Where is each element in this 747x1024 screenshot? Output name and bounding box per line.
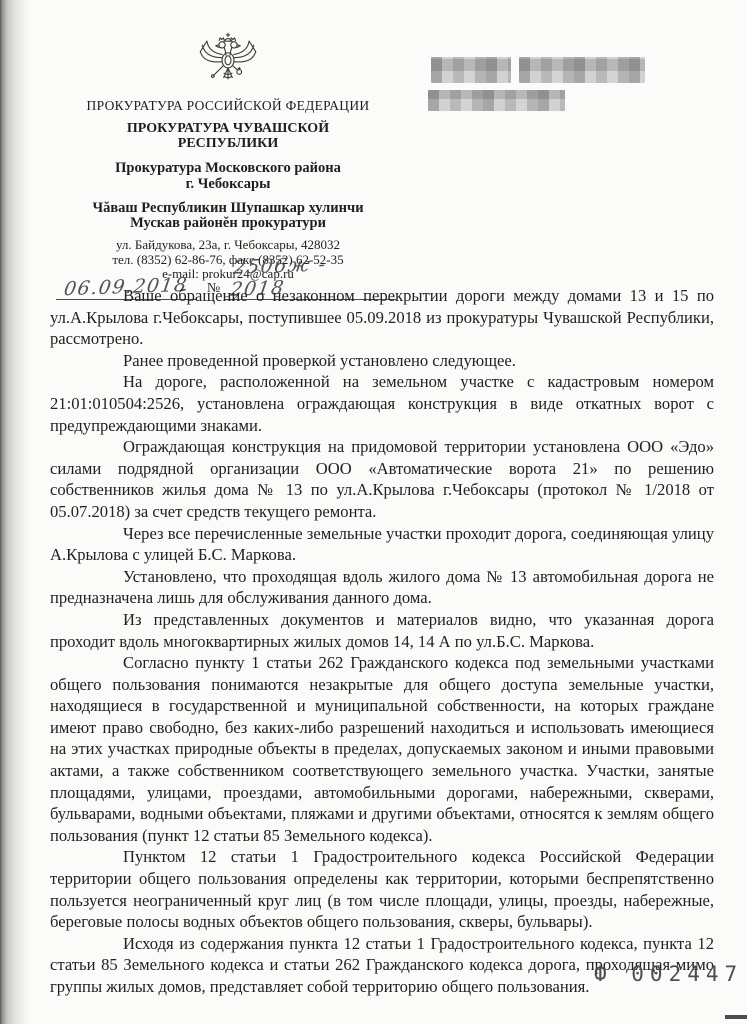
org-address: ул. Байдукова, 23а, г. Чебоксары, 428032 (38, 238, 418, 253)
form-number-stamp: Ф 002447 (594, 962, 743, 986)
scan-edge-shadow (0, 0, 30, 1024)
body-paragraph: Ограждающая конструкция на придомовой те… (50, 436, 714, 522)
org-federation-line: ПРОКУРАТУРА РОССИЙСКОЙ ФЕДЕРАЦИИ (38, 98, 418, 114)
letterhead: ПРОКУРАТУРА РОССИЙСКОЙ ФЕДЕРАЦИИ ПРОКУРА… (38, 30, 418, 282)
body-paragraph: Ранее проведенной проверкой установлено … (50, 350, 714, 372)
coat-of-arms-icon (195, 30, 261, 92)
redacted-recipient-block (519, 57, 645, 83)
org-chuvash-lines: Чăваш Республикин Шупашкар хулинчи Муска… (38, 201, 418, 231)
redacted-recipient-block (428, 90, 565, 111)
org-chuvash-line2: Мускав районĕн прокуратури (130, 215, 326, 231)
body-paragraph: Установлено, что проходящая вдоль жилого… (50, 566, 714, 609)
org-district-lines: Прокуратура Московского района г. Чебокс… (38, 160, 418, 192)
org-republic-line2: РЕСПУБЛИКИ (178, 136, 278, 151)
org-district-line1: Прокуратура Московского района (115, 160, 341, 176)
body-paragraph: Через все перечисленные земельные участк… (50, 523, 714, 566)
body-paragraph: Согласно пункту 1 статьи 262 Гражданског… (50, 652, 714, 846)
letter-body: Ваше обращение о незаконном перекрытии д… (50, 285, 714, 998)
body-paragraph: Ваше обращение о незаконном перекрытии д… (50, 285, 714, 350)
body-paragraph: Из представленных документов и материало… (50, 609, 714, 652)
scan-artifact-dash (725, 1015, 747, 1019)
redacted-recipient-block (431, 57, 511, 83)
body-paragraph: Пунктом 12 статьи 1 Градостроительного к… (50, 846, 714, 932)
scanned-letter-page: ПРОКУРАТУРА РОССИЙСКОЙ ФЕДЕРАЦИИ ПРОКУРА… (0, 0, 747, 1024)
org-republic-line1: ПРОКУРАТУРА ЧУВАШСКОЙ (127, 121, 329, 136)
org-district-line2: г. Чебоксары (186, 176, 271, 192)
org-republic-lines: ПРОКУРАТУРА ЧУВАШСКОЙ РЕСПУБЛИКИ (38, 121, 418, 151)
org-chuvash-line1: Чăваш Республикин Шупашкар хулинчи (92, 200, 363, 216)
body-paragraph: На дороге, расположенной на земельном уч… (50, 371, 714, 436)
